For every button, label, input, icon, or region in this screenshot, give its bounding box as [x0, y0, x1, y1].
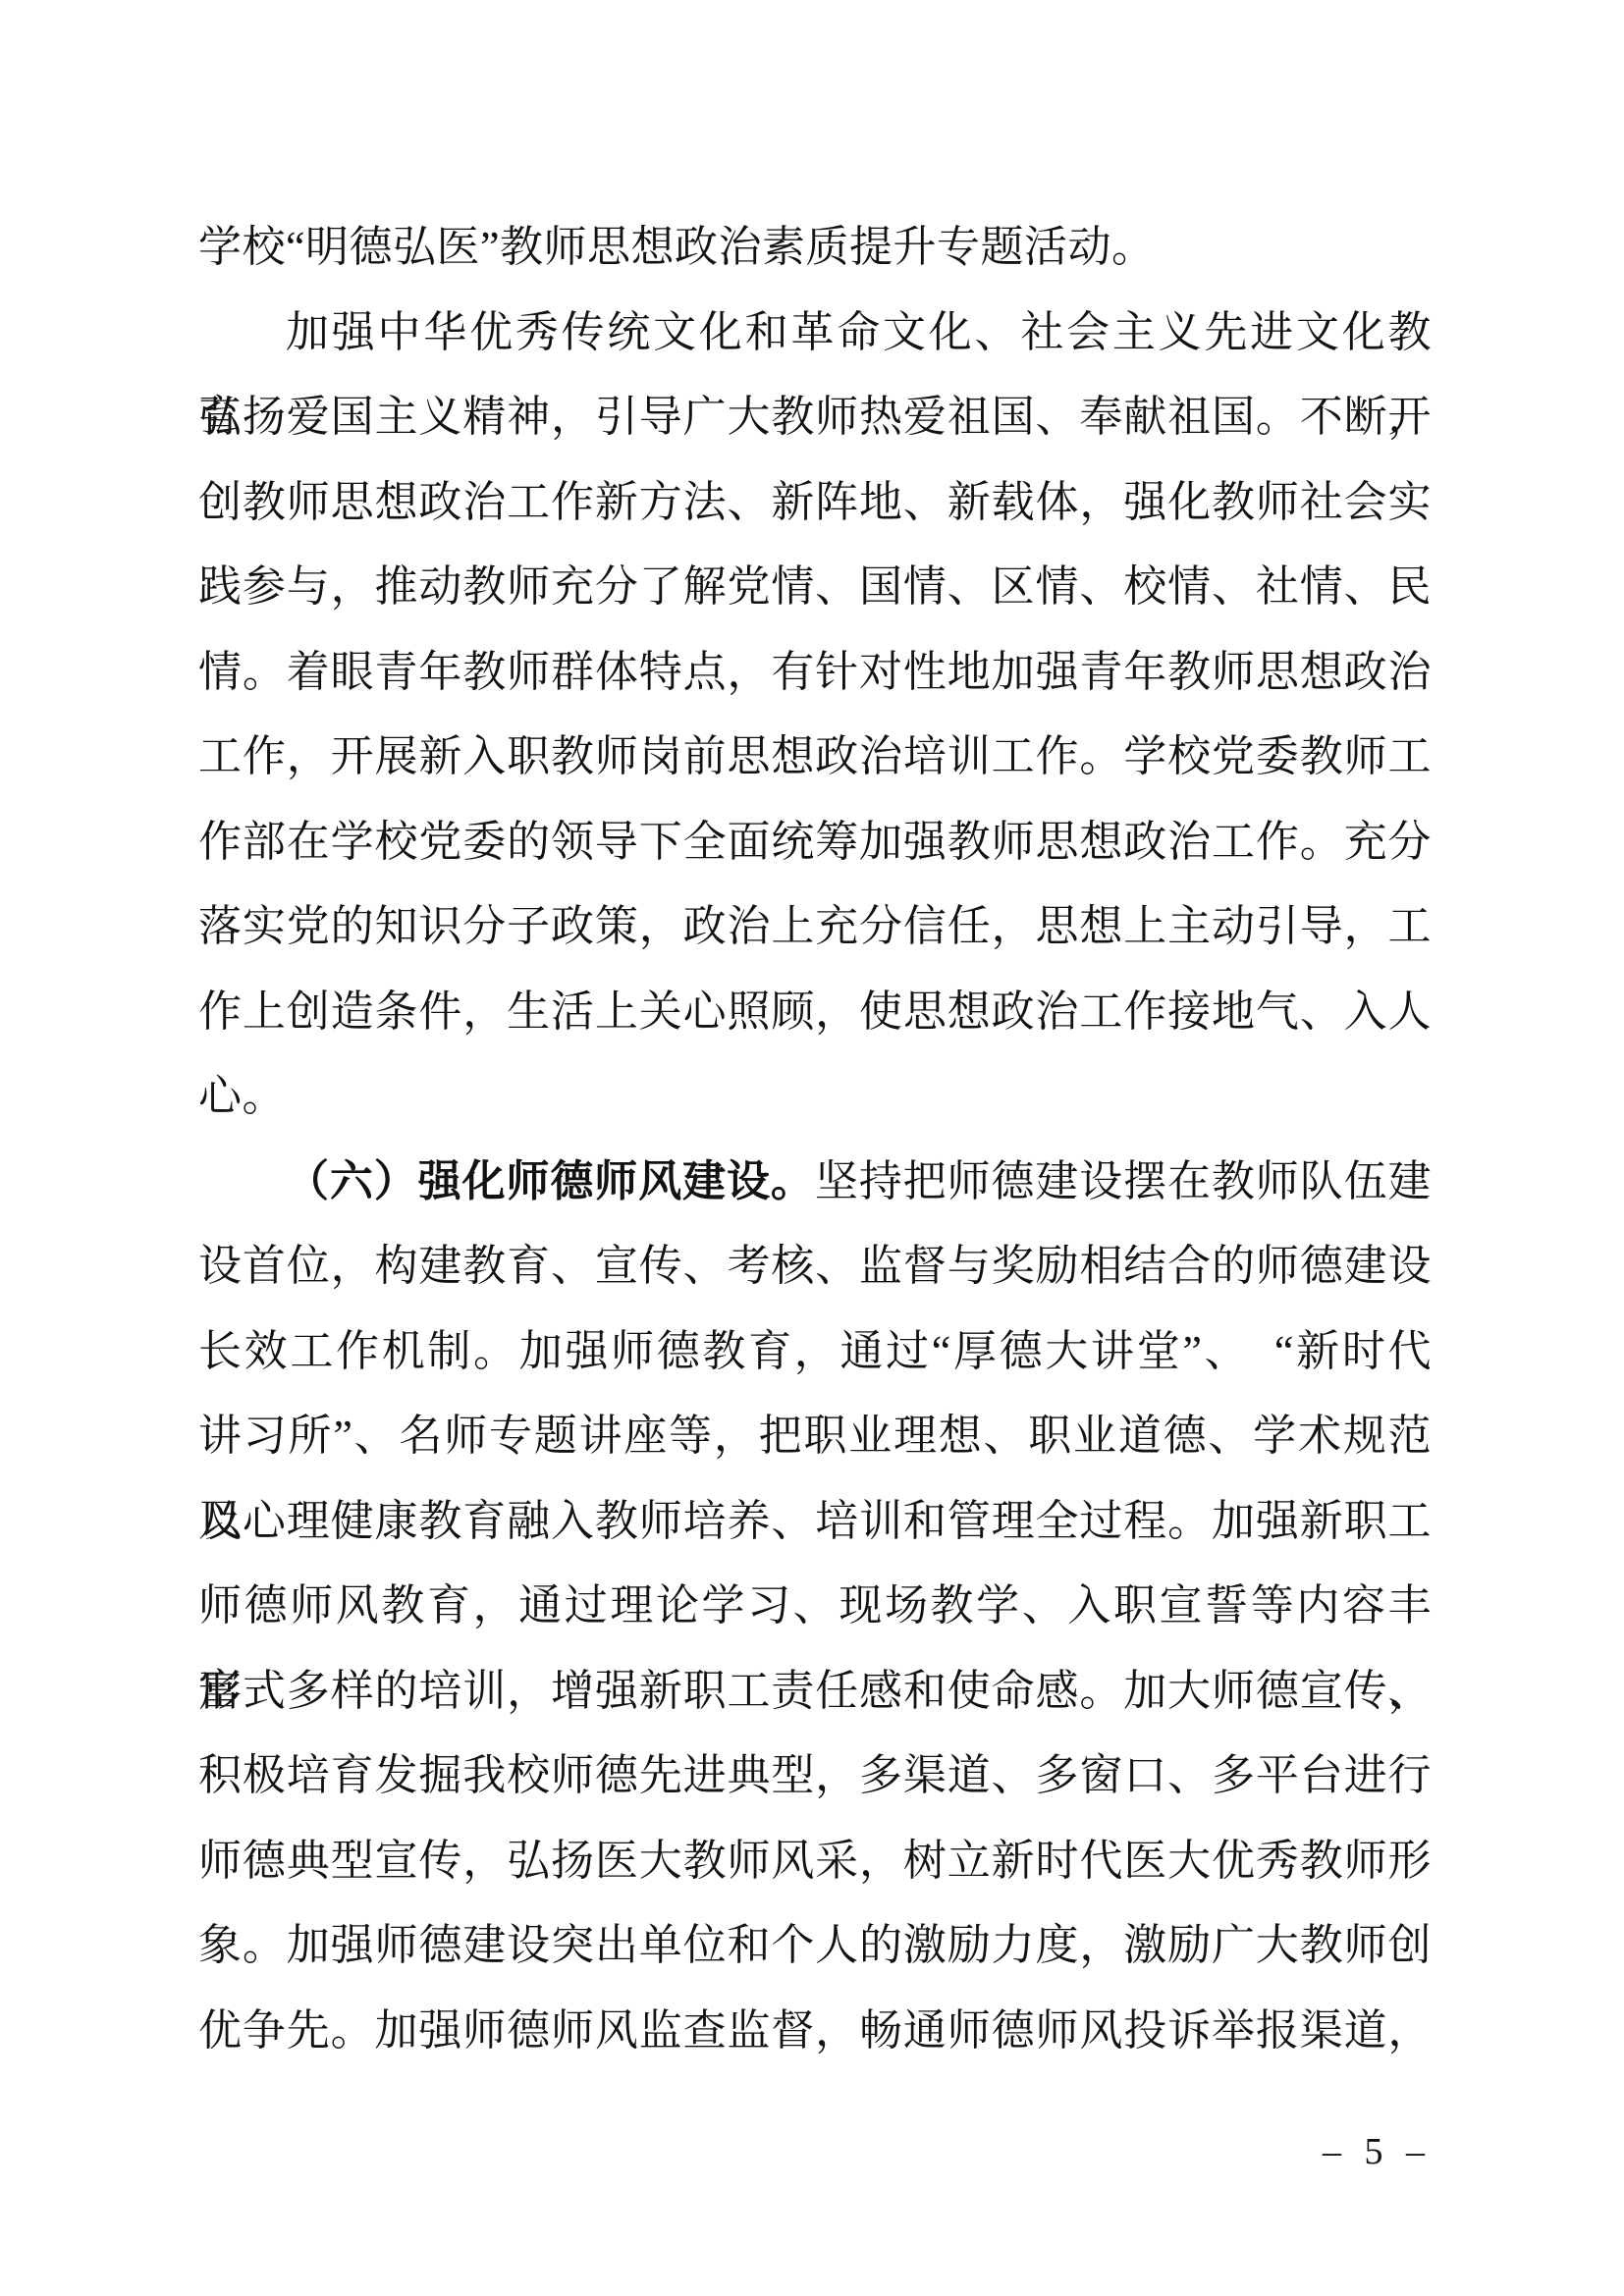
line-text: 创教师思想政治工作新方法、新阵地、新载体，强化教师社会实	[198, 478, 1432, 526]
page-number: – 5 –	[1323, 2130, 1432, 2173]
line-text: 情。着眼青年教师群体特点，有针对性地加强青年教师思想政治	[198, 648, 1432, 696]
section-heading: （六）强化师德师风建设。	[286, 1157, 815, 1205]
line-text: 学校“明德弘医”教师思想政治素质提升专题活动。	[198, 223, 1156, 271]
line-text: 工作，开展新入职教师岗前思想政治培训工作。学校党委教师工	[198, 732, 1432, 780]
text-line: 心。	[198, 1054, 1432, 1140]
text-line: 积极培育发掘我校师德先进典型，多渠道、多窗口、多平台进行	[198, 1734, 1432, 1819]
line-text: 形式多样的培训，增强新职工责任感和使命感。加大师德宣传，	[198, 1667, 1432, 1715]
line-text: 设首位，构建教育、宣传、考核、监督与奖励相结合的师德建设	[198, 1242, 1432, 1290]
text-line: 作部在学校党委的领导下全面统筹加强教师思想政治工作。充分	[198, 800, 1432, 885]
line-text: 积极培育发掘我校师德先进典型，多渠道、多窗口、多平台进行	[198, 1751, 1432, 1799]
line-text: 坚持把师德建设摆在教师队伍建	[815, 1157, 1432, 1205]
line-text: 师德典型宣传，弘扬医大教师风采，树立新时代医大优秀教师形	[198, 1837, 1432, 1885]
text-line: 及心理健康教育融入教师培养、培训和管理全过程。加强新职工	[198, 1479, 1432, 1565]
line-text: 长效工作机制。加强师德教育，通过“厚德大讲堂”、 “新时代	[198, 1327, 1432, 1375]
text-line: 加强中华优秀传统文化和革命文化、社会主义先进文化教育，	[198, 291, 1432, 376]
text-line: 情。着眼青年教师群体特点，有针对性地加强青年教师思想政治	[198, 630, 1432, 716]
line-text: 心。	[198, 1072, 286, 1120]
text-line: 讲习所”、名师专题讲座等，把职业理想、职业道德、学术规范以	[198, 1394, 1432, 1479]
text-line: 优争先。加强师德师风监查监督，畅通师德师风投诉举报渠道，	[198, 1989, 1432, 2074]
line-text: 及心理健康教育融入教师培养、培训和管理全过程。加强新职工	[198, 1497, 1432, 1545]
text-line: 作上创造条件，生活上关心照顾，使思想政治工作接地气、入人	[198, 970, 1432, 1055]
line-text: 象。加强师德建设突出单位和个人的激励力度，激励广大教师创	[198, 1921, 1432, 1969]
text-line: 学校“明德弘医”教师思想政治素质提升专题活动。	[198, 205, 1432, 291]
text-line: 创教师思想政治工作新方法、新阵地、新载体，强化教师社会实	[198, 460, 1432, 546]
text-line: 象。加强师德建设突出单位和个人的激励力度，激励广大教师创	[198, 1903, 1432, 1989]
text-line: （六）强化师德师风建设。坚持把师德建设摆在教师队伍建	[198, 1140, 1432, 1225]
text-line: 践参与，推动教师充分了解党情、国情、区情、校情、社情、民	[198, 545, 1432, 630]
line-text: 优争先。加强师德师风监查监督，畅通师德师风投诉举报渠道，	[198, 2006, 1432, 2055]
text-line: 落实党的知识分子政策，政治上充分信任，思想上主动引导，工	[198, 884, 1432, 970]
text-line: 弘扬爱国主义精神，引导广大教师热爱祖国、奉献祖国。不断开	[198, 375, 1432, 460]
text-line: 设首位，构建教育、宣传、考核、监督与奖励相结合的师德建设	[198, 1224, 1432, 1309]
text-line: 长效工作机制。加强师德教育，通过“厚德大讲堂”、 “新时代	[198, 1309, 1432, 1395]
line-text: 弘扬爱国主义精神，引导广大教师热爱祖国、奉献祖国。不断开	[198, 393, 1432, 441]
line-text: 践参与，推动教师充分了解党情、国情、区情、校情、社情、民	[198, 562, 1432, 611]
line-text: 作上创造条件，生活上关心照顾，使思想政治工作接地气、入人	[198, 988, 1432, 1036]
text-line: 师德师风教育，通过理论学习、现场教学、入职宣誓等内容丰富、	[198, 1564, 1432, 1649]
text-line: 师德典型宣传，弘扬医大教师风采，树立新时代医大优秀教师形	[198, 1819, 1432, 1904]
document-body: 学校“明德弘医”教师思想政治素质提升专题活动。 加强中华优秀传统文化和革命文化、…	[198, 205, 1432, 2073]
document-page: 学校“明德弘医”教师思想政治素质提升专题活动。 加强中华优秀传统文化和革命文化、…	[0, 0, 1624, 2296]
text-line: 工作，开展新入职教师岗前思想政治培训工作。学校党委教师工	[198, 715, 1432, 800]
text-line: 形式多样的培训，增强新职工责任感和使命感。加大师德宣传，	[198, 1649, 1432, 1735]
line-text: 作部在学校党委的领导下全面统筹加强教师思想政治工作。充分	[198, 818, 1432, 866]
line-text: 落实党的知识分子政策，政治上充分信任，思想上主动引导，工	[198, 902, 1432, 950]
